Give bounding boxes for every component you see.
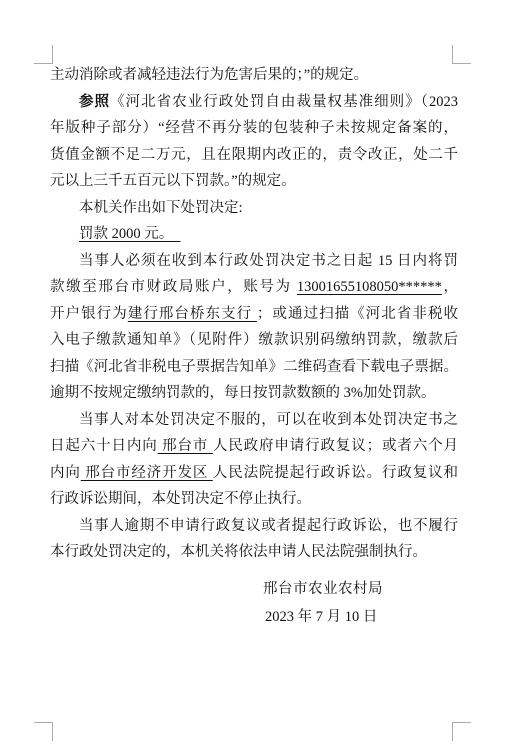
crop-mark-bottom-right [452,722,471,741]
underlined-text: 13001655108050****** [297,279,442,295]
signature-date: 2023 年 7 月 10 日 [50,602,458,632]
text-segment: 本行政处罚决定的，本机关将依法申请人民法院强制执行。 [50,544,427,560]
text-line: 内向 邢台市经济开发区 人民法院提起行政诉讼。行政复议和 [50,460,458,487]
text-line: 年版种子部分）“经营不再分装的包装种子未按规定备案的， [50,115,458,142]
text-segment: 逾期不按规定缴纳罚款的，每日按罚款数额的 3%加处罚款。 [50,385,435,401]
text-segment: 当事人必须在收到本行政处罚决定书之日起 15 日内将罚 [79,253,458,269]
text-line: 扫描《河北省非税电子票据告知单》二维码查看下载电子票据。 [50,354,458,381]
underlined-text: 邢台市经济开发区 [81,465,213,481]
signature-block: 邢台市农业农村局 2023 年 7 月 10 日 [50,576,458,632]
text-line: 本机关作出如下处罚决定: [50,195,458,222]
text-segment: 主动消除或者减轻违法行为危害后果的；”的规定。 [50,67,368,83]
text-segment: 开户银行为 [50,306,128,322]
text-segment: ；或通过扫描《河北省非税收 [257,306,458,322]
text-line: 参照《河北省农业行政处罚自由裁量权基准细则》（2023 [50,89,458,116]
underlined-text: 邢台市 [158,438,213,454]
document-page: 主动消除或者减轻违法行为危害后果的；”的规定。参照《河北省农业行政处罚自由裁量权… [0,0,522,754]
document-body: 主动消除或者减轻违法行为危害后果的；”的规定。参照《河北省农业行政处罚自由裁量权… [50,62,458,566]
crop-mark-bottom-left [34,722,53,741]
text-line: 款缴至邢台市财政局账户，账号为 13001655108050******， [50,274,458,301]
text-line: 当事人对本处罚决定不服的，可以在收到本处罚决定书之 [50,407,458,434]
text-segment: 本机关作出如下处罚决定: [79,200,243,216]
text-segment: 当事人对本处罚决定不服的，可以在收到本处罚决定书之 [79,412,458,428]
underlined-text: 建行邢台桥东支行 [128,306,257,322]
text-segment: 当事人逾期不申请行政复议或者提起行政诉讼，也不履行 [79,518,458,534]
text-line: 行政诉讼期间，本处罚决定不停止执行。 [50,486,458,513]
text-line: 货值金额不足二万元，且在限期内改正的，责令改正，处二千 [50,142,458,169]
text-line: 入电子缴款通知单》（见附件）缴款识别码缴纳罚款，缴款后 [50,327,458,354]
text-segment: 日起六十日内向 [50,438,158,454]
text-line: 当事人逾期不申请行政复议或者提起行政诉讼，也不履行 [50,513,458,540]
text-segment: 扫描《河北省非税电子票据告知单》二维码查看下载电子票据。 [50,359,458,375]
text-segment: 元以上三千五百元以下罚款。”的规定。 [50,173,296,189]
bold-text: 参照 [79,94,110,110]
text-segment: 年版种子部分）“经营不再分装的包装种子未按规定备案的， [50,120,458,136]
text-line: 逾期不按规定缴纳罚款的，每日按罚款数额的 3%加处罚款。 [50,380,458,407]
text-segment: 人民政府申请行政复议；或者六个月 [213,438,458,454]
text-line: 主动消除或者减轻违法行为危害后果的；”的规定。 [50,62,458,89]
text-line: 开户银行为建行邢台桥东支行 ；或通过扫描《河北省非税收 [50,301,458,328]
text-segment: 款缴至邢台市财政局账户，账号为 [50,279,297,295]
text-segment: 行政诉讼期间，本处罚决定不停止执行。 [50,491,311,507]
text-line: 日起六十日内向 邢台市 人民政府申请行政复议；或者六个月 [50,433,458,460]
text-line: 当事人必须在收到本行政处罚决定书之日起 15 日内将罚 [50,248,458,275]
underlined-text: 罚款 2000 元。 [79,226,181,242]
text-segment: 人民法院提起行政诉讼。行政复议和 [213,465,458,481]
text-line: 本行政处罚决定的，本机关将依法申请人民法院强制执行。 [50,539,458,566]
text-segment: 货值金额不足二万元，且在限期内改正的，责令改正，处二千 [50,147,458,163]
text-segment: 入电子缴款通知单》（见附件）缴款识别码缴纳罚款，缴款后 [50,332,458,348]
text-segment: 《河北省农业行政处罚自由裁量权基准细则》（2023 [110,94,458,110]
text-segment: ， [442,279,458,295]
text-line: 元以上三千五百元以下罚款。”的规定。 [50,168,458,195]
text-segment: 内向 [50,465,81,481]
text-line: 罚款 2000 元。 [50,221,458,248]
signature-agency: 邢台市农业农村局 [50,576,458,602]
